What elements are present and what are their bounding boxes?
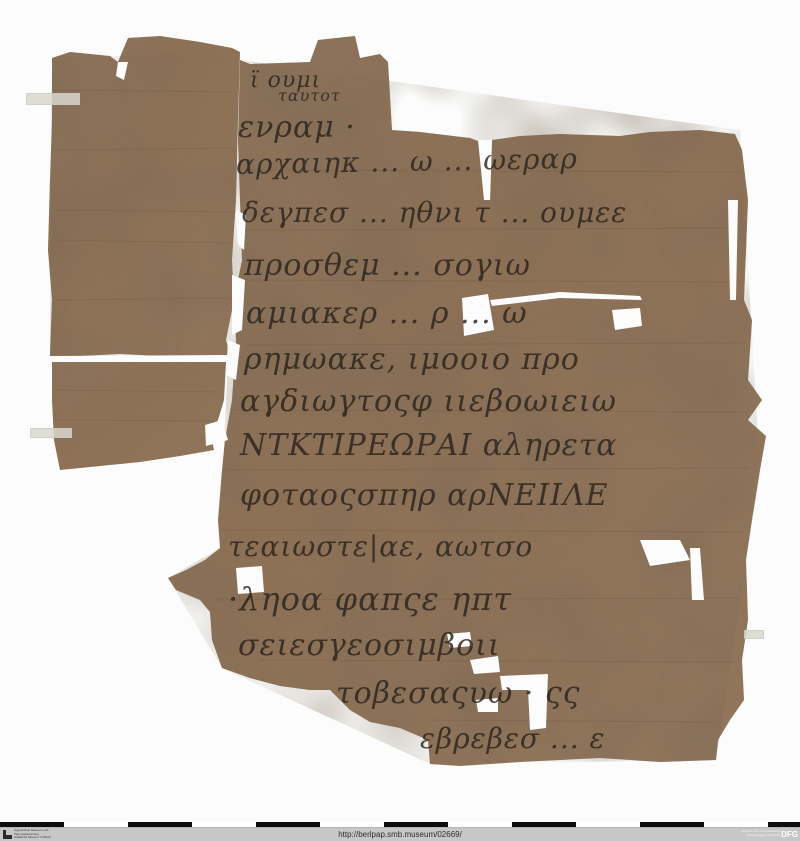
mounting-tape-left-lower [30,428,72,438]
footer-bar: Ägyptisches Museum und Papyrussammlung ·… [0,827,800,841]
dfg-logo: DFG [781,829,798,840]
mounting-tape-right [744,630,764,639]
funding-text: gefördert durch die Deutsche Forschungsg… [716,829,780,837]
mounting-tape-left-upper [26,93,80,105]
papyrus-fragment-image [0,0,800,822]
permalink-url[interactable]: http://berlpap.smb.museum/02669/ [0,829,800,840]
scan-background: ϊ ουμι ταυτοτ ενραμ · αρχαιηκ ... ω ... … [0,0,800,822]
